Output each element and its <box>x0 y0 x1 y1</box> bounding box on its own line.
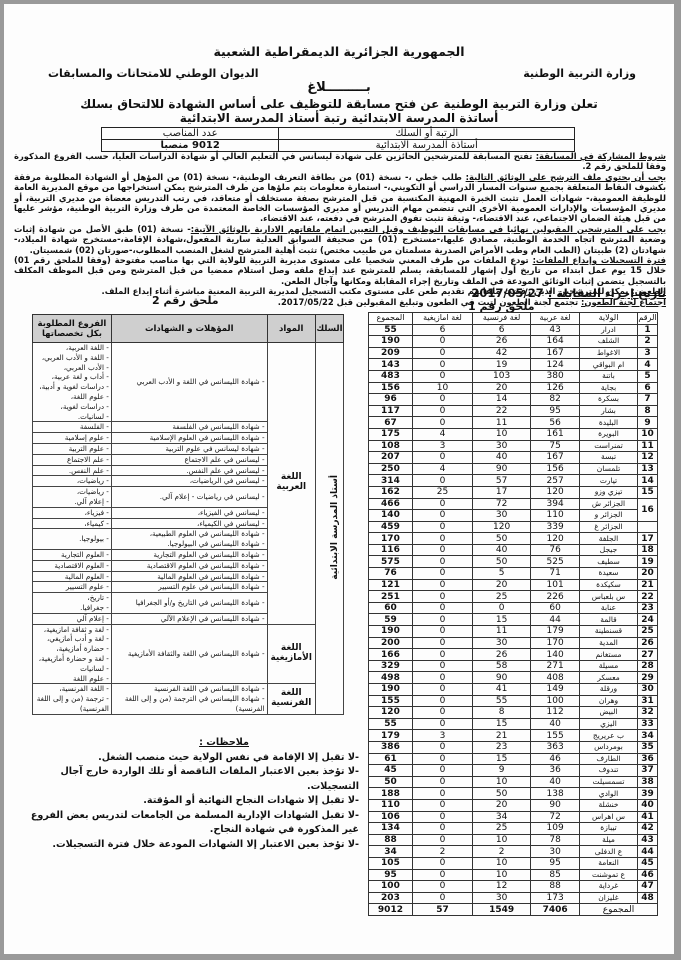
cell-w: اليزي <box>580 718 638 730</box>
cell-ar: 138 <box>531 788 580 800</box>
wilaya-number: 28 <box>638 660 658 672</box>
annex1-header: لغة فرنسية <box>473 313 531 325</box>
cell-fr: 120 <box>473 521 531 533</box>
cell-w: تيزي وزو <box>580 486 638 498</box>
cell-t: 105 <box>369 857 413 869</box>
subject-cell: اللغة العربية <box>267 343 315 625</box>
cell-w: بجاية <box>580 382 638 394</box>
qualification-cell: - ليسانس في الفيزياء، <box>111 507 267 518</box>
qualification-cell: - شهادة الليسانس في العلوم الاقتصادية <box>111 560 267 571</box>
cell-fr: 14 <box>473 394 531 406</box>
cell-ar: 101 <box>531 579 580 591</box>
cell-ar: 140 <box>531 649 580 661</box>
cell-am: 0 <box>412 672 472 684</box>
cell-am: 0 <box>412 892 472 904</box>
cell-w: ام البواقي <box>580 359 638 371</box>
cell-w: غرداية <box>580 881 638 893</box>
wilaya-row: 45النعامة95100105 <box>369 857 658 869</box>
cell-w: تلمسان <box>580 463 638 475</box>
annex1-header: الولاية <box>580 313 638 325</box>
cell-ar: 109 <box>531 823 580 835</box>
cell-t: 459 <box>369 521 413 533</box>
cell-fr: 11 <box>473 417 531 429</box>
cell-t: 329 <box>369 660 413 672</box>
wilaya-number: 3 <box>638 347 658 359</box>
cell-fr: 50 <box>473 788 531 800</box>
branch-cell: - العلوم المالية <box>33 571 112 582</box>
cell-fr: 72 <box>473 498 531 510</box>
wilaya-row: 40خنشلة90200110 <box>369 799 658 811</box>
cell-t: 140 <box>369 510 413 522</box>
wilaya-row: 32البيض11280120 <box>369 707 658 719</box>
cell-w: الجزائر غ <box>580 521 638 533</box>
cell-w: البويرة <box>580 428 638 440</box>
cell-t: 96 <box>369 394 413 406</box>
branch-cell: - كيمياء، <box>33 518 112 529</box>
wilaya-number: 18 <box>638 544 658 556</box>
wilaya-row: 26المدية170300200 <box>369 637 658 649</box>
wilaya-row: 34ب عريريج155213179 <box>369 730 658 742</box>
cell-t: 143 <box>369 359 413 371</box>
cell-fr: 50 <box>473 533 531 545</box>
cell-w: ع تموشنت <box>580 869 638 881</box>
cell-t: 134 <box>369 823 413 835</box>
wilaya-row: 33اليزي4015055 <box>369 718 658 730</box>
cell-w: ميلة <box>580 834 638 846</box>
wilaya-row: 29معسكر408900498 <box>369 672 658 684</box>
qualification-cell: - شهادة الليسانس في اللغة والثقافة الأما… <box>111 624 267 684</box>
cell-am: 0 <box>412 394 472 406</box>
wilaya-number: 31 <box>638 695 658 707</box>
cell-am: 0 <box>412 475 472 487</box>
wilaya-number: 2 <box>638 336 658 348</box>
cell-t: 59 <box>369 614 413 626</box>
wilaya-number: 26 <box>638 637 658 649</box>
branch-cell: - علم النفس. <box>33 465 112 476</box>
cell-fr: 20 <box>473 382 531 394</box>
cell-w: سعيدة <box>580 568 638 580</box>
wilaya-row: 9البليدة5611067 <box>369 417 658 429</box>
cell-fr: 8 <box>473 707 531 719</box>
cell-fr: 15 <box>473 614 531 626</box>
note-item: -لا تقبل الشهادات الإدارية المسلمة من ال… <box>19 809 359 838</box>
wilaya-row: 3الاغواط167420209 <box>369 347 658 359</box>
wilaya-number: 17 <box>638 533 658 545</box>
wilaya-row: 11تمنراست75303108 <box>369 440 658 452</box>
posts-header-rank: الرتبة أو السلك <box>279 128 575 140</box>
annex1-header: الرقم <box>638 313 658 325</box>
cell-t: 120 <box>369 707 413 719</box>
cell-am: 0 <box>412 347 472 359</box>
wilaya-row: 10البويرة161104175 <box>369 428 658 440</box>
wilaya-number: 29 <box>638 672 658 684</box>
cell-ar: 78 <box>531 834 580 846</box>
branch-cell: - رياضيات، <box>33 476 112 487</box>
cell-t: 55 <box>369 718 413 730</box>
cell-w: معسكر <box>580 672 638 684</box>
branch-cell: - الفلسفة <box>33 422 112 433</box>
note-item: -لا تقبل إلا الإقامة في نفس الولاية حيث … <box>19 751 359 766</box>
cell-am: 25 <box>412 486 472 498</box>
cell-am: 0 <box>412 521 472 533</box>
wilaya-number: 45 <box>638 857 658 869</box>
cell-ar: 88 <box>531 881 580 893</box>
qualification-cell: - شهادة الليسانس في العلوم الطبيعية، - ش… <box>111 529 267 550</box>
cell-t: 106 <box>369 811 413 823</box>
cell-t: 67 <box>369 417 413 429</box>
wilaya-row: الجزائر و110300140 <box>369 510 658 522</box>
qualification-cell: - شهادة الليسانس في علوم التسيير <box>111 582 267 593</box>
cell-w: ادرار <box>580 324 638 336</box>
total-t: 9012 <box>369 904 413 916</box>
cell-w: ب عريريج <box>580 730 638 742</box>
cell-am: 0 <box>412 684 472 696</box>
wilaya-row: 14تيارت257570314 <box>369 475 658 487</box>
wilaya-row: 4ام البواقي124190143 <box>369 359 658 371</box>
cell-am: 3 <box>412 440 472 452</box>
cell-ar: 120 <box>531 533 580 545</box>
cell-fr: 17 <box>473 486 531 498</box>
cell-am: 0 <box>412 695 472 707</box>
wilaya-row: 18جيجل76400116 <box>369 544 658 556</box>
cell-w: عنابة <box>580 602 638 614</box>
announcement-document: الجمهورية الجزائرية الديمقراطية الشعبية … <box>4 4 674 954</box>
cell-am: 0 <box>412 533 472 545</box>
cell-fr: 55 <box>473 695 531 707</box>
wilaya-number: 30 <box>638 684 658 696</box>
cell-ar: 179 <box>531 626 580 638</box>
branch-cell: - لغة و ثقافة امازيغية، - لغة و أدب أماز… <box>33 624 112 684</box>
qualification-row: اللغة الأمازيغية- شهادة الليسانس في اللغ… <box>33 624 344 684</box>
corps-cell: أستاذ المدرسة الابتدائية <box>315 343 343 715</box>
wilaya-row: 27مستغانم140260166 <box>369 649 658 661</box>
cell-w: قالمة <box>580 614 638 626</box>
cell-t: 117 <box>369 405 413 417</box>
wilaya-number: 12 <box>638 452 658 464</box>
cell-ar: 149 <box>531 684 580 696</box>
cell-am: 0 <box>412 718 472 730</box>
cell-t: 100 <box>369 881 413 893</box>
wilaya-row: 20سعيدة715076 <box>369 568 658 580</box>
wilaya-row: 36الطارف4615061 <box>369 753 658 765</box>
document-title-line1: تعلن وزارة التربية الوطنية عن فتح مسابقة… <box>4 97 674 111</box>
cell-am: 4 <box>412 428 472 440</box>
wilaya-number: 8 <box>638 405 658 417</box>
wilaya-number: 43 <box>638 834 658 846</box>
qualification-row: أستاذ المدرسة الابتدائيةاللغة العربية- ش… <box>33 343 344 422</box>
wilaya-number: 22 <box>638 591 658 603</box>
cell-ar: 95 <box>531 405 580 417</box>
cell-fr: 58 <box>473 660 531 672</box>
wilaya-row: 31وهران100550155 <box>369 695 658 707</box>
cell-t: 50 <box>369 776 413 788</box>
totals-row: المجموع74061549579012 <box>369 904 658 916</box>
cell-t: 110 <box>369 799 413 811</box>
cell-am: 0 <box>412 707 472 719</box>
cell-fr: 40 <box>473 544 531 556</box>
wilaya-number: 4 <box>638 359 658 371</box>
cell-fr: 22 <box>473 405 531 417</box>
wilaya-number: 39 <box>638 788 658 800</box>
cell-fr: 40 <box>473 452 531 464</box>
qualification-cell: - شهادة الليسانس في العلوم التجارية <box>111 549 267 560</box>
cell-am: 0 <box>412 336 472 348</box>
wilaya-row: 46ع تموشنت8510095 <box>369 869 658 881</box>
branch-cell: - علم الاجتماع <box>33 454 112 465</box>
cell-ar: 525 <box>531 556 580 568</box>
cell-ar: 110 <box>531 510 580 522</box>
qualification-cell: - شهادة الليسانس في العلوم المالية <box>111 571 267 582</box>
cell-fr: 10 <box>473 857 531 869</box>
branch-cell: - العلوم الاقتصادية <box>33 560 112 571</box>
wilaya-row: 12تبسة167400207 <box>369 452 658 464</box>
cell-t: 200 <box>369 637 413 649</box>
cell-am: 0 <box>412 370 472 382</box>
wilaya-number: 25 <box>638 626 658 638</box>
registration-label: فترة التسجيلات وإيداع الملفات: <box>533 255 666 265</box>
cell-w: بشار <box>580 405 638 417</box>
cell-fr: 21 <box>473 730 531 742</box>
wilaya-row: 22س بلعباس226250251 <box>369 591 658 603</box>
wilaya-row: 41س اهراس72340106 <box>369 811 658 823</box>
cell-t: 188 <box>369 788 413 800</box>
cell-am: 2 <box>412 846 472 858</box>
cell-am: 0 <box>412 510 472 522</box>
cell-t: 190 <box>369 336 413 348</box>
wilaya-number: 40 <box>638 799 658 811</box>
cell-t: 203 <box>369 892 413 904</box>
cell-am: 0 <box>412 765 472 777</box>
wilaya-row: 5باتنة3801030483 <box>369 370 658 382</box>
ministry-name: وزارة التربية الوطنية <box>523 67 636 80</box>
cell-t: 209 <box>369 347 413 359</box>
qualification-cell: - شهادة ليسانس في علوم التربية <box>111 443 267 454</box>
branch-cell: - علوم التسيير <box>33 582 112 593</box>
cell-ar: 167 <box>531 347 580 359</box>
cell-ar: 408 <box>531 672 580 684</box>
annex2-header-qualifications: المؤهلات و الشهادات <box>111 315 267 343</box>
qualification-cell: - شهادة الليسانس في اللغة و الأدب العربي <box>111 343 267 422</box>
cell-ar: 156 <box>531 463 580 475</box>
posts-table: الرتبة أو السلك عدد المناصب أستاذة المدر… <box>101 127 575 152</box>
posts-count-value: 9012 منصبا <box>102 140 279 152</box>
wilaya-row: 13تلمسان156904250 <box>369 463 658 475</box>
cell-w: ورقلة <box>580 684 638 696</box>
cell-t: 121 <box>369 579 413 591</box>
cell-fr: 90 <box>473 672 531 684</box>
exam-date-label: تاريخ إجراء المقابلة : <box>548 286 666 300</box>
annex2-table: السلك المواد المؤهلات و الشهادات الفروع … <box>32 314 344 715</box>
wilaya-row: 25قسنطينة179110190 <box>369 626 658 638</box>
cell-fr: 20 <box>473 579 531 591</box>
cell-fr: 10 <box>473 428 531 440</box>
wilaya-row: الجزائر غ3391200459 <box>369 521 658 533</box>
cell-ar: 40 <box>531 718 580 730</box>
wilaya-number: 34 <box>638 730 658 742</box>
wilaya-number: 11 <box>638 440 658 452</box>
qualification-cell: - ليسانس في رياضيات - إعلام آلي. <box>111 487 267 508</box>
cell-ar: 72 <box>531 811 580 823</box>
cell-t: 95 <box>369 869 413 881</box>
wilaya-number: 36 <box>638 753 658 765</box>
wilaya-row: 39الوادي138500188 <box>369 788 658 800</box>
cell-am: 0 <box>412 359 472 371</box>
cell-ar: 85 <box>531 869 580 881</box>
cell-am: 0 <box>412 741 472 753</box>
cell-w: جيجل <box>580 544 638 556</box>
cell-fr: 30 <box>473 440 531 452</box>
cell-ar: 46 <box>531 753 580 765</box>
cell-ar: 167 <box>531 452 580 464</box>
note-item: -لا تقبل إلا شهادات النجاح النهائية أو ا… <box>19 794 359 809</box>
cell-ar: 380 <box>531 370 580 382</box>
cell-am: 0 <box>412 799 472 811</box>
cell-t: 61 <box>369 753 413 765</box>
cell-fr: 10 <box>473 776 531 788</box>
cell-fr: 19 <box>473 359 531 371</box>
branch-cell: - العلوم التجارية <box>33 549 112 560</box>
qualification-cell: - ليسانس في علم النفس. <box>111 465 267 476</box>
cell-fr: 34 <box>473 811 531 823</box>
wilaya-row: 7بسكرة8214096 <box>369 394 658 406</box>
branch-cell: - اللغة العربية، - اللغة و الأدب العربي،… <box>33 343 112 422</box>
wilaya-number: 13 <box>638 463 658 475</box>
admitted-docs-label: يجب على المترشحين المقبولين نهائيا في مس… <box>191 224 666 234</box>
wilaya-number: 44 <box>638 846 658 858</box>
qualification-cell: - شهادة الليسانس في التاريخ و/أو الجغراف… <box>111 593 267 614</box>
qualification-row: اللغة الفرنسية- شهادة الليسانس في اللغة … <box>33 684 344 714</box>
wilaya-number: 14 <box>638 475 658 487</box>
wilaya-row: 38تسمسيلت4010050 <box>369 776 658 788</box>
cell-t: 575 <box>369 556 413 568</box>
corps-label: أستاذ المدرسة الابتدائية <box>331 475 341 580</box>
branch-cell: - علوم التربية <box>33 443 112 454</box>
cell-fr: 5 <box>473 568 531 580</box>
file-contents-label: يجب أن يحتوي ملف الترشح على الوثائق التا… <box>466 172 666 182</box>
cell-fr: 41 <box>473 684 531 696</box>
cell-ar: 95 <box>531 857 580 869</box>
cell-t: 250 <box>369 463 413 475</box>
cell-t: 34 <box>369 846 413 858</box>
notes-section: ملاحظات : -لا تقبل إلا الإقامة في نفس ال… <box>19 736 359 852</box>
cell-w: غليزان <box>580 892 638 904</box>
cell-ar: 40 <box>531 776 580 788</box>
cell-ar: 155 <box>531 730 580 742</box>
branch-cell: - رياضيات، - إعلام آلي. <box>33 487 112 508</box>
cell-fr: 15 <box>473 753 531 765</box>
cell-ar: 339 <box>531 521 580 533</box>
cell-am: 10 <box>412 382 472 394</box>
cell-w: تمنراست <box>580 440 638 452</box>
branch-cell: - تاريخ، - جغرافيا. <box>33 593 112 614</box>
cell-fr: 57 <box>473 475 531 487</box>
annex2-header-corps: السلك <box>315 315 343 343</box>
wilaya-number: 27 <box>638 649 658 661</box>
cell-ar: 56 <box>531 417 580 429</box>
cell-am: 0 <box>412 614 472 626</box>
wilaya-number: 6 <box>638 382 658 394</box>
cell-am: 0 <box>412 776 472 788</box>
notes-title: ملاحظات : <box>19 736 249 751</box>
cell-ar: 76 <box>531 544 580 556</box>
wilaya-number: 47 <box>638 881 658 893</box>
wilaya-number: 9 <box>638 417 658 429</box>
subject-cell: اللغة الأمازيغية <box>267 624 315 684</box>
wilaya-number: 16 <box>638 498 658 521</box>
cell-am: 0 <box>412 626 472 638</box>
cell-w: البيض <box>580 707 638 719</box>
wilaya-number: 19 <box>638 556 658 568</box>
cell-am: 0 <box>412 823 472 835</box>
cell-am: 6 <box>412 324 472 336</box>
qualification-cell: - شهادة الليسانس في الفلسفة <box>111 422 267 433</box>
cell-w: تبسة <box>580 452 638 464</box>
wilaya-row: 35بومرداس363230386 <box>369 741 658 753</box>
wilaya-row: 28مسيلة271580329 <box>369 660 658 672</box>
wilaya-row: 1ادرار436655 <box>369 324 658 336</box>
wilaya-number: 15 <box>638 486 658 498</box>
cell-t: 88 <box>369 834 413 846</box>
cell-am: 0 <box>412 753 472 765</box>
cell-am: 0 <box>412 649 472 661</box>
cell-fr: 20 <box>473 799 531 811</box>
cell-w: سطيف <box>580 556 638 568</box>
cell-w: تيبازة <box>580 823 638 835</box>
cell-ar: 43 <box>531 324 580 336</box>
note-item: -لا تؤخذ بعين الاعتبار إلا الشهادات المو… <box>19 838 359 853</box>
subject-cell: اللغة الفرنسية <box>267 684 315 714</box>
qualification-cell: - ليسانس في علم الاجتماع <box>111 454 267 465</box>
cell-ar: 30 <box>531 846 580 858</box>
cell-w: البليدة <box>580 417 638 429</box>
wilaya-number: 20 <box>638 568 658 580</box>
cell-t: 55 <box>369 324 413 336</box>
cell-fr: 90 <box>473 463 531 475</box>
cell-w: تسمسيلت <box>580 776 638 788</box>
annex1-table: الرقمالولايةلغة عربيةلغة فرنسيةلغة امازي… <box>368 312 658 916</box>
cell-am: 4 <box>412 463 472 475</box>
cell-am: 0 <box>412 417 472 429</box>
wilaya-number: 48 <box>638 892 658 904</box>
cell-w: الوادي <box>580 788 638 800</box>
cell-fr: 103 <box>473 370 531 382</box>
exam-date: تاريخ إجراء المقابلة : 2017/05/27 <box>471 286 666 300</box>
cell-fr: 0 <box>473 602 531 614</box>
cell-ar: 120 <box>531 486 580 498</box>
wilaya-number: 10 <box>638 428 658 440</box>
cell-am: 0 <box>412 834 472 846</box>
wilaya-number <box>638 521 658 533</box>
wilaya-row: 42تيبازة109250134 <box>369 823 658 835</box>
cell-t: 498 <box>369 672 413 684</box>
wilaya-number: 37 <box>638 765 658 777</box>
cell-w: قسنطينة <box>580 626 638 638</box>
wilaya-row: 24قالمة4415059 <box>369 614 658 626</box>
cell-am: 0 <box>412 857 472 869</box>
posts-rank-value: أستاذة المدرسة الابتدائية <box>279 140 575 152</box>
cell-fr: 42 <box>473 347 531 359</box>
cell-ar: 226 <box>531 591 580 603</box>
cell-t: 314 <box>369 475 413 487</box>
cell-w: بسكرة <box>580 394 638 406</box>
cell-ar: 126 <box>531 382 580 394</box>
cell-ar: 60 <box>531 602 580 614</box>
wilaya-number: 35 <box>638 741 658 753</box>
cell-fr: 26 <box>473 649 531 661</box>
cell-fr: 11 <box>473 626 531 638</box>
wilaya-row: 2الشلف164260190 <box>369 336 658 348</box>
annex2-title: ملحق رقم 2 <box>152 294 219 307</box>
